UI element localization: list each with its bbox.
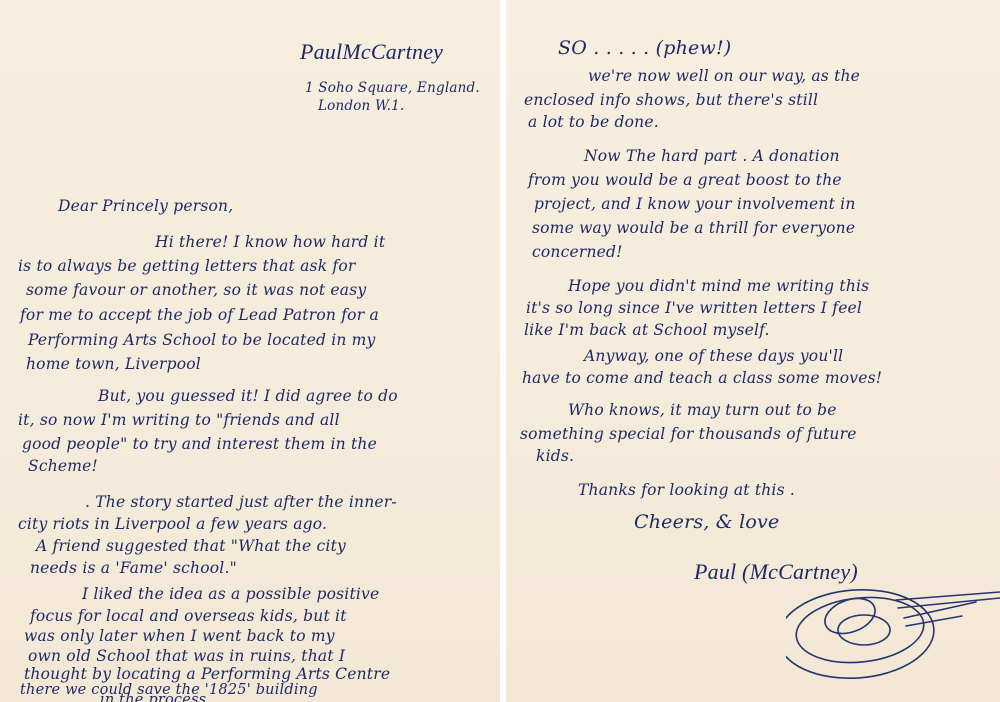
body-line: Now The hard part . A donation bbox=[584, 146, 840, 166]
body-line: some favour or another, so it was not ea… bbox=[26, 280, 366, 300]
body-line: Hi there! I know how hard it bbox=[155, 232, 385, 252]
closing-line: Cheers, & love bbox=[634, 512, 779, 532]
body-line: it, so now I'm writing to "friends and a… bbox=[18, 410, 340, 430]
body-line: was only later when I went back to my bbox=[24, 626, 335, 646]
body-line: some way would be a thrill for everyone bbox=[532, 218, 855, 238]
body-line: . The story started just after the inner… bbox=[85, 492, 397, 512]
address-line-2: London W.1. bbox=[318, 98, 404, 115]
body-line: something special for thousands of futur… bbox=[520, 424, 857, 444]
body-line: Scheme! bbox=[28, 456, 98, 476]
body-line: in the process. bbox=[100, 690, 211, 702]
body-line: But, you guessed it! I did agree to do bbox=[98, 386, 398, 406]
body-line: I liked the idea as a possible positive bbox=[82, 584, 379, 604]
signature: Paul (McCartney) bbox=[694, 562, 858, 582]
body-line: enclosed info shows, but there's still bbox=[524, 90, 818, 110]
body-line: it's so long since I've written letters … bbox=[526, 298, 862, 318]
body-line: from you would be a great boost to the bbox=[528, 170, 842, 190]
body-line: kids. bbox=[536, 446, 574, 466]
body-line: a lot to be done. bbox=[528, 112, 659, 132]
opening-line: SO . . . . . (phew!) bbox=[558, 38, 731, 58]
body-line: own old School that was in ruins, that I bbox=[28, 646, 345, 666]
body-line: project, and I know your involvement in bbox=[534, 194, 856, 214]
signature-doodle-icon bbox=[786, 588, 1000, 698]
body-line: we're now well on our way, as the bbox=[588, 66, 860, 86]
body-line: like I'm back at School myself. bbox=[524, 320, 770, 340]
body-line: Hope you didn't mind me writing this bbox=[568, 276, 869, 296]
letter-page-left: PaulMcCartney 1 Soho Square, England. Lo… bbox=[0, 0, 500, 702]
body-line: for me to accept the job of Lead Patron … bbox=[20, 305, 379, 325]
body-line: city riots in Liverpool a few years ago. bbox=[18, 514, 327, 534]
body-line: is to always be getting letters that ask… bbox=[18, 256, 356, 276]
body-line: concerned! bbox=[532, 242, 623, 262]
body-line: Anyway, one of these days you'll bbox=[584, 346, 843, 366]
letterhead-signature: PaulMcCartney bbox=[300, 42, 443, 62]
body-line: home town, Liverpool bbox=[26, 354, 201, 374]
body-line: focus for local and overseas kids, but i… bbox=[30, 606, 347, 626]
body-line: Performing Arts School to be located in … bbox=[28, 330, 376, 350]
thanks-line: Thanks for looking at this . bbox=[578, 480, 795, 500]
letter-page-right: SO . . . . . (phew!) we're now well on o… bbox=[506, 0, 1000, 702]
body-line: A friend suggested that "What the city bbox=[36, 536, 346, 556]
address-line-1: 1 Soho Square, England. bbox=[305, 80, 480, 97]
body-line: Who knows, it may turn out to be bbox=[568, 400, 837, 420]
body-line: good people" to try and interest them in… bbox=[22, 434, 377, 454]
body-line: needs is a 'Fame' school." bbox=[30, 558, 237, 578]
salutation: Dear Princely person, bbox=[58, 196, 233, 216]
body-line: have to come and teach a class some move… bbox=[522, 368, 882, 388]
